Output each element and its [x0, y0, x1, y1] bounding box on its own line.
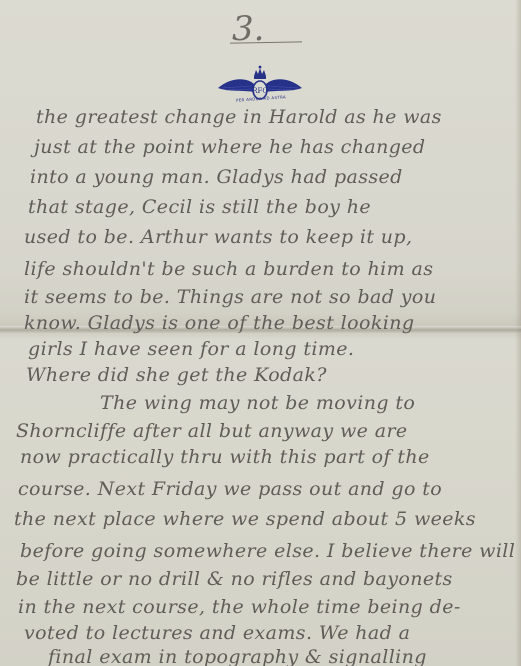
text-line: now practically thru with this part of t… [20, 448, 430, 467]
text-line: course. Next Friday we pass out and go t… [18, 480, 442, 499]
text-line: in the next course, the whole time being… [18, 598, 461, 617]
page-number-underline [230, 41, 302, 43]
svg-text:RFC: RFC [252, 87, 267, 95]
text-line: just at the point where he has changed [34, 138, 426, 157]
text-line: that stage, Cecil is still the boy he [28, 198, 371, 217]
text-line: voted to lectures and exams. We had a [24, 624, 410, 643]
text-line: life shouldn't be such a burden to him a… [24, 260, 433, 279]
text-line: used to be. Arthur wants to keep it up, [24, 228, 412, 247]
text-line: Shorncliffe after all but anyway we are [16, 422, 408, 441]
text-line: The wing may not be moving to [100, 394, 415, 413]
page-number: 3. [232, 12, 264, 46]
text-line: into a young man. Gladys had passed [30, 168, 403, 187]
text-line: the next place where we spend about 5 we… [14, 510, 476, 529]
letter-page: 3. RFC PER ARDUA AD ASTRA the greatest c… [0, 0, 521, 666]
text-line: the greatest change in Harold as he was [36, 108, 442, 127]
text-line: it seems to be. Things are not so bad yo… [24, 288, 436, 307]
text-line: be little or no drill & no rifles and ba… [16, 570, 453, 589]
text-line: know. Gladys is one of the best looking [24, 314, 414, 333]
text-line: final exam in topography & signalling [48, 648, 427, 666]
text-line: before going somewhere else. I believe t… [20, 542, 515, 561]
text-line: girls I have seen for a long time. [28, 340, 354, 359]
text-line: Where did she get the Kodak? [26, 366, 327, 385]
